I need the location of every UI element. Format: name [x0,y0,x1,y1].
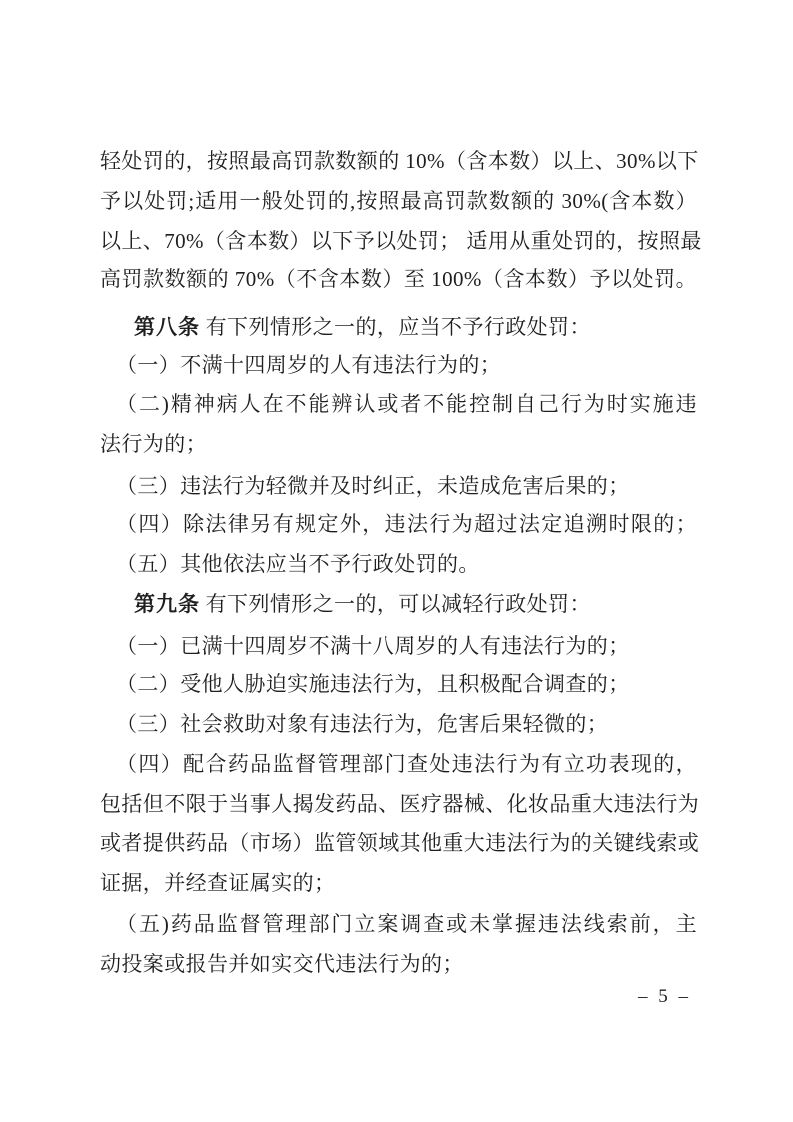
text-line: （三）社会救助对象有违法行为，危害后果轻微的； [116,711,608,737]
line-text: （一）已满十四周岁不满十八周岁的人有违法行为的； [116,634,630,658]
line-text: 有下列情形之一的，可以减轻行政处罚： [200,592,591,616]
text-line: （一）已满十四周岁不满十八周岁的人有违法行为的； [116,633,630,659]
article-number: 第八条 [134,316,200,339]
page-number: – 5 – [638,986,691,1008]
line-text: （五）其他依法应当不予行政处罚的。 [116,552,480,576]
line-text: 高罚款数额的 70%（不含本数）至 100%（含本数）予以处罚。 [100,267,697,291]
line-text: 有下列情形之一的，应当不予行政处罚： [200,315,591,339]
text-line: 第八条 有下列情形之一的，应当不予行政处罚： [134,314,591,341]
line-text: 以上、70%（含本数）以下予以处罚； 适用从重处罚的，按照最 [100,229,702,253]
text-line: 第九条 有下列情形之一的，可以减轻行政处罚： [134,591,591,618]
line-text: （二)精神病人在不能辨认或者不能控制自己行为时实施违 [116,392,697,416]
text-line: 法行为的； [100,431,207,457]
text-line: （一）不满十四周岁的人有违法行为的； [116,352,501,378]
line-text: （二）受他人胁迫实施违法行为，且积极配合调查的； [116,672,630,696]
text-line: 证据，并经查证属实的； [100,870,335,896]
text-line: （四）除法律另有规定外，违法行为超过法定追溯时限的； [116,511,697,537]
line-text: 法行为的； [100,432,207,456]
text-line: （二）受他人胁迫实施违法行为，且积极配合调查的； [116,671,630,697]
document-text: 轻处罚的，按照最高罚款数额的 10%（含本数）以上、30%以下予以处罚;适用一般… [0,0,793,1122]
line-text: 轻处罚的，按照最高罚款数额的 10%（含本数）以上、30%以下 [100,149,699,173]
text-line: 予以处罚;适用一般处罚的,按照最高罚款数额的 30%(含本数） [100,188,697,214]
line-text: 予以处罚;适用一般处罚的,按照最高罚款数额的 30%(含本数） [100,189,697,213]
line-text: 证据，并经查证属实的； [100,871,335,895]
text-line: 包括但不限于当事人揭发药品、医疗器械、化妆品重大违法行为 [100,791,697,817]
line-text: 包括但不限于当事人揭发药品、医疗器械、化妆品重大违法行为 [100,792,699,816]
document-page: 轻处罚的，按照最高罚款数额的 10%（含本数）以上、30%以下予以处罚;适用一般… [0,0,793,1122]
line-text: （四）除法律另有规定外，违法行为超过法定追溯时限的； [116,512,697,536]
text-line: （五）其他依法应当不予行政处罚的。 [116,551,480,577]
line-text: （一）不满十四周岁的人有违法行为的； [116,353,501,377]
text-line: 轻处罚的，按照最高罚款数额的 10%（含本数）以上、30%以下 [100,148,697,174]
text-line: （三）违法行为轻微并及时纠正，未造成危害后果的； [116,473,630,499]
text-line: （二)精神病人在不能辨认或者不能控制自己行为时实施违 [116,391,697,417]
text-line: 动投案或报告并如实交代违法行为的； [100,951,464,977]
text-line: 高罚款数额的 70%（不含本数）至 100%（含本数）予以处罚。 [100,266,697,292]
line-text: （五)药品监督管理部门立案调查或未掌握违法线索前，主 [116,912,697,936]
text-line: （四）配合药品监督管理部门查处违法行为有立功表现的， [116,751,697,777]
line-text: （三）社会救助对象有违法行为，危害后果轻微的； [116,712,608,736]
text-line: 或者提供药品（市场）监管领域其他重大违法行为的关键线索或 [100,830,697,856]
text-line: （五)药品监督管理部门立案调查或未掌握违法线索前，主 [116,911,697,937]
line-text: （三）违法行为轻微并及时纠正，未造成危害后果的； [116,474,630,498]
text-line: 以上、70%（含本数）以下予以处罚； 适用从重处罚的，按照最 [100,228,697,254]
line-text: 动投案或报告并如实交代违法行为的； [100,952,464,976]
article-number: 第九条 [134,593,200,616]
line-text: 或者提供药品（市场）监管领域其他重大违法行为的关键线索或 [100,831,699,855]
line-text: （四）配合药品监督管理部门查处违法行为有立功表现的， [116,752,697,776]
